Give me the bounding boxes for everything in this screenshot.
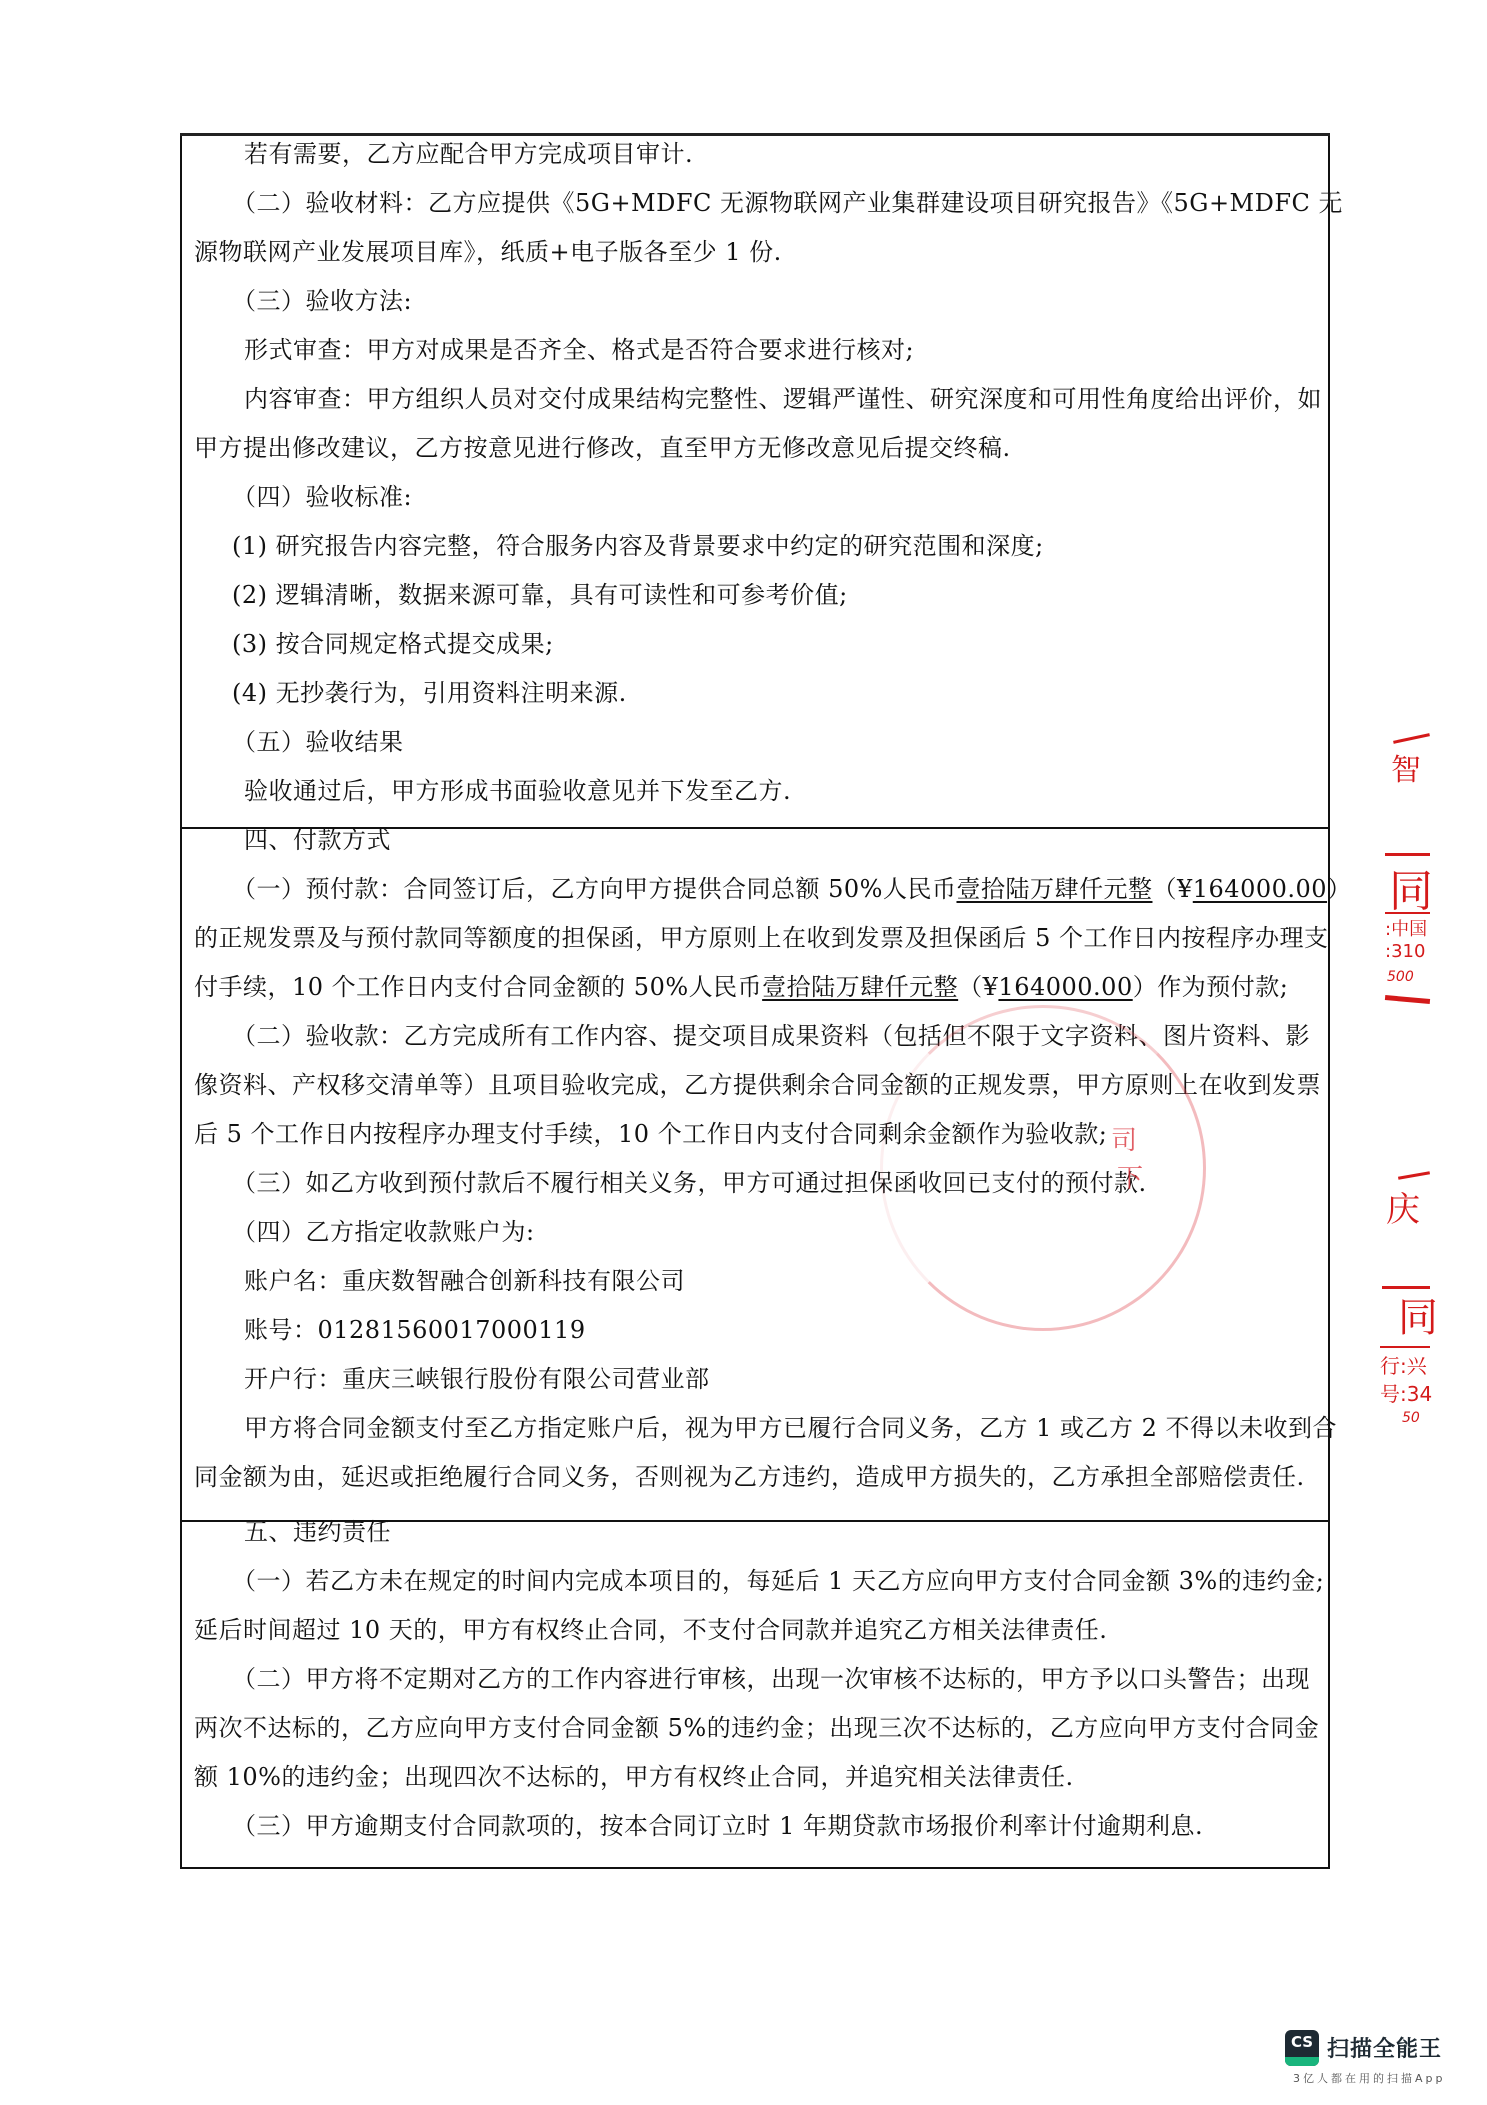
prepay-amount-words: 壹拾陆万肆仟元整	[956, 875, 1152, 903]
account-name-label: 账户名：	[244, 1267, 342, 1295]
seal-char-2: 下	[1117, 1158, 1143, 1195]
account-number-row: 账号：01281560017000119	[182, 1306, 1328, 1355]
logo-accent	[1285, 2057, 1319, 2066]
seam-stamp-char: 同	[1398, 1286, 1438, 1343]
clause1-line-2: 延后时间超过 10 天的，甲方有权终止合同，不支付合同款并追究乙方相关法律责任.	[182, 1606, 1328, 1655]
prepay-line3-text: 付手续，10 个工作日内支付合同金额的 50%人民币	[194, 973, 762, 1001]
prepay-amount-words-2: 壹拾陆万肆仟元整	[762, 973, 958, 1001]
result-text: 验收通过后，甲方形成书面验收意见并下发至乙方.	[182, 767, 1328, 816]
logo-text: CS	[1285, 2033, 1319, 2051]
seam-stamp-border	[1393, 733, 1430, 744]
watermark-tagline: 3亿人都在用的扫描App	[1293, 2070, 1446, 2086]
content-review-line-2: 甲方提出修改建议，乙方按意见进行修改，直至甲方无修改意见后提交终稿.	[182, 424, 1328, 473]
contract-page-table: 若有需要，乙方应配合甲方完成项目审计. （二）验收材料：乙方应提供《5G+MDF…	[180, 134, 1330, 1869]
account-number-value: 01281560017000119	[318, 1316, 586, 1344]
account-number-label: 账号：	[244, 1316, 318, 1344]
clause2-line-2: 两次不达标的，乙方应向甲方支付合同金额 5%的违约金；出现三次不达标的，乙方应向…	[182, 1704, 1328, 1753]
seam-stamp-text: 500	[1387, 969, 1414, 985]
section5-title: 五、违约责任	[182, 1508, 1328, 1557]
seam-stamp-rule	[1380, 1346, 1430, 1348]
audit-line: 若有需要，乙方应配合甲方完成项目审计.	[182, 130, 1328, 179]
prepay-amount-suffix-2: ）	[1133, 973, 1158, 1001]
seam-stamp-rule	[1385, 912, 1430, 914]
prepay-amount-number: 164000.00	[1193, 875, 1327, 903]
content-review-line-1: 内容审查：甲方组织人员对交付成果结构完整性、逻辑严谨性、研究深度和可用性角度给出…	[182, 375, 1328, 424]
bank-row: 开户行：重庆三峡银行股份有限公司营业部	[182, 1355, 1328, 1404]
prepay-line3-end: 作为预付款;	[1157, 973, 1288, 1001]
fulfil-line-1: 甲方将合同金额支付至乙方指定账户后，视为甲方已履行合同义务，乙方 1 或乙方 2…	[182, 1404, 1328, 1453]
seam-stamp-char: 同	[1389, 855, 1433, 919]
standard-item-1: (1) 研究报告内容完整，符合服务内容及背景要求中约定的研究范围和深度;	[182, 522, 1328, 571]
standard-item-3: (3) 按合同规定格式提交成果;	[182, 620, 1328, 669]
clause2-line-1: （二）甲方将不定期对乙方的工作内容进行审核，出现一次审核不达标的，甲方予以口头警…	[182, 1655, 1328, 1704]
clause1-line-1: （一）若乙方未在规定的时间内完成本项目的，每延后 1 天乙方应向甲方支付合同金额…	[182, 1557, 1328, 1606]
prepay-line-2: 的正规发票及与预付款同等额度的担保函，甲方原则上在收到发票及担保函后 5 个工作…	[182, 914, 1328, 963]
prepay-amount-prefix-2: （¥	[958, 973, 998, 1001]
bank-value: 重庆三峡银行股份有限公司营业部	[342, 1365, 710, 1393]
scanner-watermark: CS 扫描全能王 3亿人都在用的扫描App	[1285, 2018, 1475, 2088]
fulfil-line-2: 同金额为由，延迟或拒绝履行合同义务，否则视为乙方违约，造成甲方损失的，乙方承担全…	[182, 1453, 1328, 1502]
watermark-app-name: 扫描全能王	[1327, 2032, 1442, 2063]
section4-title: 四、付款方式	[182, 816, 1328, 865]
bank-label: 开户行：	[244, 1365, 342, 1393]
standard-item-2: (2) 逻辑清晰，数据来源可靠，具有可读性和可参考价值;	[182, 571, 1328, 620]
standard-item-4: (4) 无抄袭行为，引用资料注明来源.	[182, 669, 1328, 718]
seal-char-1: 司	[1111, 1120, 1137, 1157]
clause3-line-1: （三）甲方逾期支付合同款项的，按本合同订立时 1 年期贷款市场报价利率计付逾期利…	[182, 1802, 1328, 1851]
seam-stamp-text: :中国	[1385, 915, 1427, 941]
result-title: （五）验收结果	[182, 718, 1328, 767]
seam-stamp-border	[1385, 995, 1430, 1004]
seam-stamp-char: 智	[1391, 745, 1421, 789]
seam-stamp-bottom: 庆 同 行:兴 号:34 50	[1380, 1170, 1430, 1440]
prepay-text: （一）预付款：合同签订后，乙方向甲方提供合同总额 50%人民币	[232, 875, 956, 903]
form-review: 形式审查：甲方对成果是否齐全、格式是否符合要求进行核对;	[182, 326, 1328, 375]
seam-stamp-border	[1398, 1171, 1430, 1180]
prepay-amount-prefix: （¥	[1152, 875, 1192, 903]
seam-stamp-text: 行:兴	[1380, 1350, 1427, 1379]
prepay-amount-suffix: ）	[1327, 875, 1352, 903]
company-seal-circle: 司 下	[880, 1005, 1206, 1331]
seam-stamp-text: 50	[1402, 1410, 1420, 1426]
account-name-value: 重庆数智融合创新科技有限公司	[342, 1267, 685, 1295]
camscanner-logo-icon: CS	[1285, 2030, 1319, 2066]
prepay-line-3: 付手续，10 个工作日内支付合同金额的 50%人民币壹拾陆万肆仟元整（¥1640…	[182, 963, 1328, 1012]
seam-stamp-text: 号:34	[1380, 1378, 1432, 1407]
prepay-amount-number-2: 164000.00	[998, 973, 1132, 1001]
seam-stamp-top: 智 同 :中国 :310 500	[1385, 725, 1430, 1015]
seam-stamp-char: 庆	[1386, 1182, 1420, 1231]
materials-line-1: （二）验收材料：乙方应提供《5G+MDFC 无源物联网产业集群建设项目研究报告》…	[182, 179, 1328, 228]
seam-stamp-text: :310	[1385, 941, 1425, 962]
clause2-line-3: 额 10%的违约金；出现四次不达标的，甲方有权终止合同，并追究相关法律责任.	[182, 1753, 1328, 1802]
standard-title: （四）验收标准:	[182, 473, 1328, 522]
materials-line-2: 源物联网产业发展项目库》，纸质+电子版各至少 1 份.	[182, 228, 1328, 277]
prepay-line-1: （一）预付款：合同签订后，乙方向甲方提供合同总额 50%人民币壹拾陆万肆仟元整（…	[182, 865, 1328, 914]
method-title: （三）验收方法:	[182, 277, 1328, 326]
